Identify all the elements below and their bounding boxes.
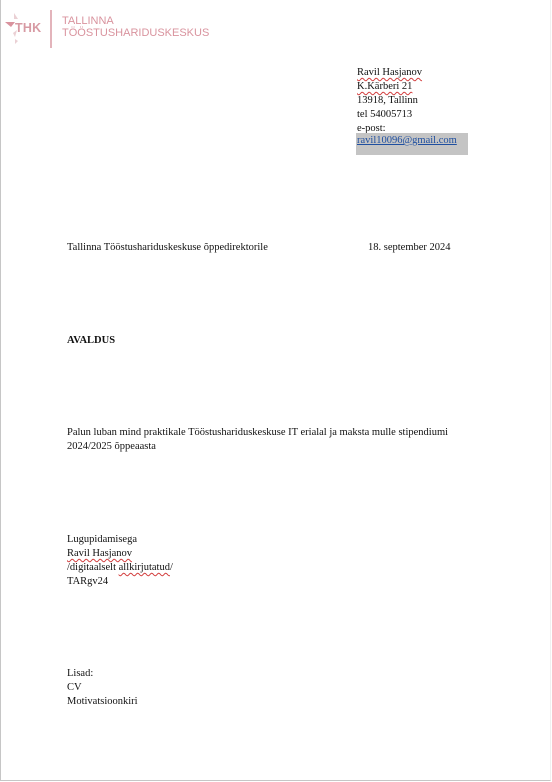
logo-name-line1: TALLINNA	[62, 16, 209, 28]
sender-block: Ravil Hasjanov K.Kärberi 21 13918, Talli…	[357, 66, 422, 136]
document-heading: AVALDUS	[67, 334, 115, 348]
closing-block: Lugupidamisega Ravil Hasjanov /digitaals…	[67, 533, 173, 589]
body-paragraph: Palun luban mind praktikale Tööstusharid…	[67, 426, 487, 454]
attachments-label: Lisad:	[67, 667, 138, 681]
letter-date: 18. september 2024	[368, 241, 451, 255]
email-selection-highlight: ravil10096@gmail.com	[356, 133, 468, 155]
signature-note-text: /digitaalselt allkirjutatud/	[67, 562, 173, 573]
attachment-item: CV	[67, 681, 138, 695]
logo-name: TALLINNA TÖÖSTUSHARIDUSKESKUS	[62, 16, 209, 39]
recipient: Tallinna Tööstushariduskeskuse õppedirek…	[67, 241, 268, 255]
thk-logo: THK TALLINNA TÖÖSTUSHARIDUSKESKUS	[1, 9, 221, 49]
logo-divider	[50, 10, 52, 48]
document-page: THK TALLINNA TÖÖSTUSHARIDUSKESKUS Ravil …	[0, 0, 551, 781]
sender-name: Ravil Hasjanov	[357, 66, 422, 80]
sender-phone: tel 54005713	[357, 108, 422, 122]
closing-name: Ravil Hasjanov	[67, 547, 173, 561]
sender-postal-city: 13918, Tallinn	[357, 94, 422, 108]
attachment-item: Motivatsioonkiri	[67, 695, 138, 709]
student-group: TARgv24	[67, 575, 173, 589]
attachments-block: Lisad: CV Motivatsioonkiri	[67, 667, 138, 709]
sender-email-link[interactable]: ravil10096@gmail.com	[357, 134, 457, 148]
logo-name-line2: TÖÖSTUSHARIDUSKESKUS	[62, 28, 209, 40]
signature-note: /digitaalselt allkirjutatud/	[67, 561, 173, 575]
closing-greeting: Lugupidamisega	[67, 533, 173, 547]
logo-abbreviation: THK	[15, 21, 41, 35]
sender-street: K.Kärberi 21	[357, 80, 422, 94]
